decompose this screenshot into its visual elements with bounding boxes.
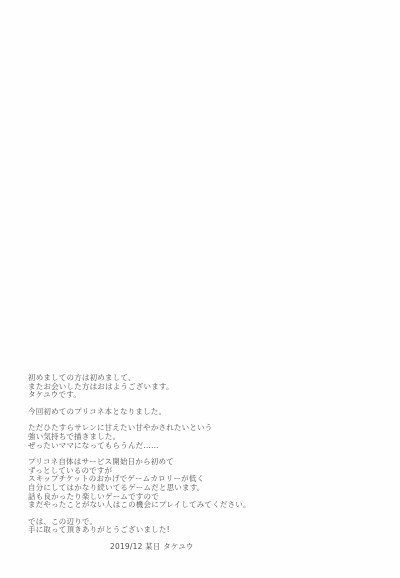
text-line: 手に取って頂きありがとうございました! [28,526,251,535]
paragraph: 今回初めてのプリコネ本となりました。 [28,408,251,417]
paragraph: プリコネ自体はサービス開始日から初めてずっとしているのですがスキップチケットのお… [28,458,251,510]
text-line: タケユウです。 [28,391,251,400]
signature-date-line: 2019/12 某日 タケユウ [110,543,251,552]
paragraph: ただひたすらサレンに甘えたい甘やかされたいという強い気持ちで描きました。ぜったい… [28,424,251,450]
paragraph: では、この辺りで。手に取って頂きありがとうございました! [28,518,251,535]
afterword-page: 初めましての方は初めまして、またお会いした方はおはようございます。タケユウです。… [0,0,400,578]
text-line: 今回初めてのプリコネ本となりました。 [28,408,251,417]
text-line: ぜったいママになってもらうんだ…… [28,442,251,451]
afterword-paragraphs: 初めましての方は初めまして、またお会いした方はおはようございます。タケユウです。… [28,374,251,535]
text-line: まだやったことがない人はこの機会にプレイしてみてください。 [28,501,251,510]
afterword-text-block: 初めましての方は初めまして、またお会いした方はおはようございます。タケユウです。… [28,374,251,552]
paragraph: 初めましての方は初めまして、またお会いした方はおはようございます。タケユウです。 [28,374,251,400]
